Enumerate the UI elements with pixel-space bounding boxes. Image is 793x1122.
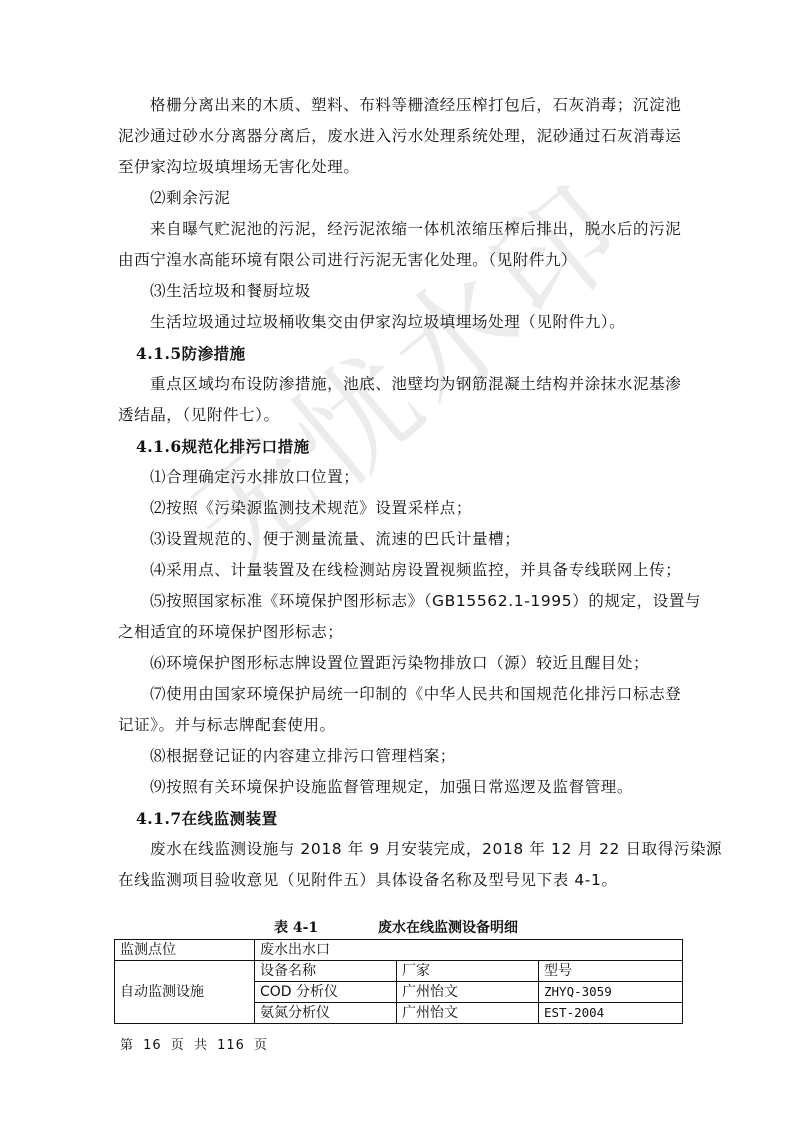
list-item: ⑶生活垃圾和餐厨垃圾 [118,276,678,307]
table-caption: 表 4-1 废水在线监测设备明细 [0,918,793,938]
table-cell-label: 监测点位 [115,940,255,961]
section-heading: 4.1.6规范化排污口措施 [118,431,678,462]
paragraph: 生活垃圾通过垃圾桶收集交由伊家沟垃圾填埋场处理（见附件九）。 [118,307,678,338]
paragraph: 废水在线监测设施与 2018 年 9 月安装完成，2018 年 12 月 22 … [118,834,678,865]
table-cell: 氨氮分析仪 [255,1003,397,1024]
paragraph: 重点区域均布设防渗措施，池底、池壁均为钢筋混凝土结构并涂抹水泥基渗 [118,369,678,400]
table-row: 监测点位 废水出水口 [115,940,683,961]
list-item: ⑸按照国家标准《环境保护图形标志》（GB15562.1-1995）的规定，设置与 [118,586,678,617]
paragraph: 格栅分离出来的木质、塑料、布料等栅渣经压榨打包后，石灰消毒；沉淀池 [118,90,678,121]
table-header-cell: 设备名称 [255,961,397,982]
table-cell: 广州怡文 [397,1003,539,1024]
table-cell: 广州怡文 [397,982,539,1003]
paragraph: 在线监测项目验收意见（见附件五）具体设备名称及型号见下表 4-1。 [118,865,678,896]
table-header-cell: 型号 [539,961,683,982]
list-item: ⑴合理确定污水排放口位置； [118,462,678,493]
list-item: ⑻根据登记证的内容建立排污口管理档案； [118,741,678,772]
list-item: ⑺使用由国家环境保护局统一印制的《中华人民共和国规范化排污口标志登 [118,679,678,710]
table-cell: EST-2004 [539,1003,683,1024]
table-caption-number: 表 4-1 [274,918,318,938]
paragraph: 泥沙通过砂水分离器分离后，废水进入污水处理系统处理，泥砂通过石灰消毒运 [118,121,678,152]
table-cell: ZHYQ-3059 [539,982,683,1003]
equipment-table: 监测点位 废水出水口 自动监测设施 设备名称 厂家 型号 COD 分析仪 广州怡… [114,939,683,1024]
list-item-continuation: 记证》。并与标志牌配套使用。 [118,710,678,741]
list-item: ⑶设置规范的、便于测量流量、流速的巴氏计量槽； [118,524,678,555]
page-number-footer: 第 16 页 共 116 页 [120,1034,268,1053]
table-header-cell: 厂家 [397,961,539,982]
paragraph: 透结晶，（见附件七）。 [118,400,678,431]
paragraph: 由西宁湟水高能环境有限公司进行污泥无害化处理。（见附件九） [118,245,678,276]
section-heading: 4.1.7在线监测装置 [118,803,678,834]
document-page: 无忧水印 格栅分离出来的木质、塑料、布料等栅渣经压榨打包后，石灰消毒；沉淀池 泥… [0,0,793,1122]
table-cell: COD 分析仪 [255,982,397,1003]
table-cell: 废水出水口 [255,940,683,961]
list-item: ⑹环境保护图形标志牌设置位置距污染物排放口（源）较近且醒目处； [118,648,678,679]
paragraph: 来自曝气贮泥池的污泥，经污泥浓缩一体机浓缩压榨后排出，脱水后的污泥 [118,214,678,245]
list-item: ⑼按照有关环境保护设施监督管理规定，加强日常巡逻及监督管理。 [118,772,678,803]
list-item: ⑵剩余污泥 [118,183,678,214]
list-item: ⑵按照《污染源监测技术规范》设置采样点； [118,493,678,524]
section-heading: 4.1.5防渗措施 [118,338,678,369]
paragraph: 至伊家沟垃圾填埋场无害化处理。 [118,152,678,183]
table-header-row: 自动监测设施 设备名称 厂家 型号 [115,961,683,982]
table-caption-title: 废水在线监测设备明细 [378,918,518,938]
document-body: 格栅分离出来的木质、塑料、布料等栅渣经压榨打包后，石灰消毒；沉淀池 泥沙通过砂水… [118,90,678,896]
table-cell-label: 自动监测设施 [115,961,255,1024]
list-item-continuation: 之相适宜的环境保护图形标志； [118,617,678,648]
list-item: ⑷采用点、计量装置及在线检测站房设置视频监控，并具备专线联网上传； [118,555,678,586]
